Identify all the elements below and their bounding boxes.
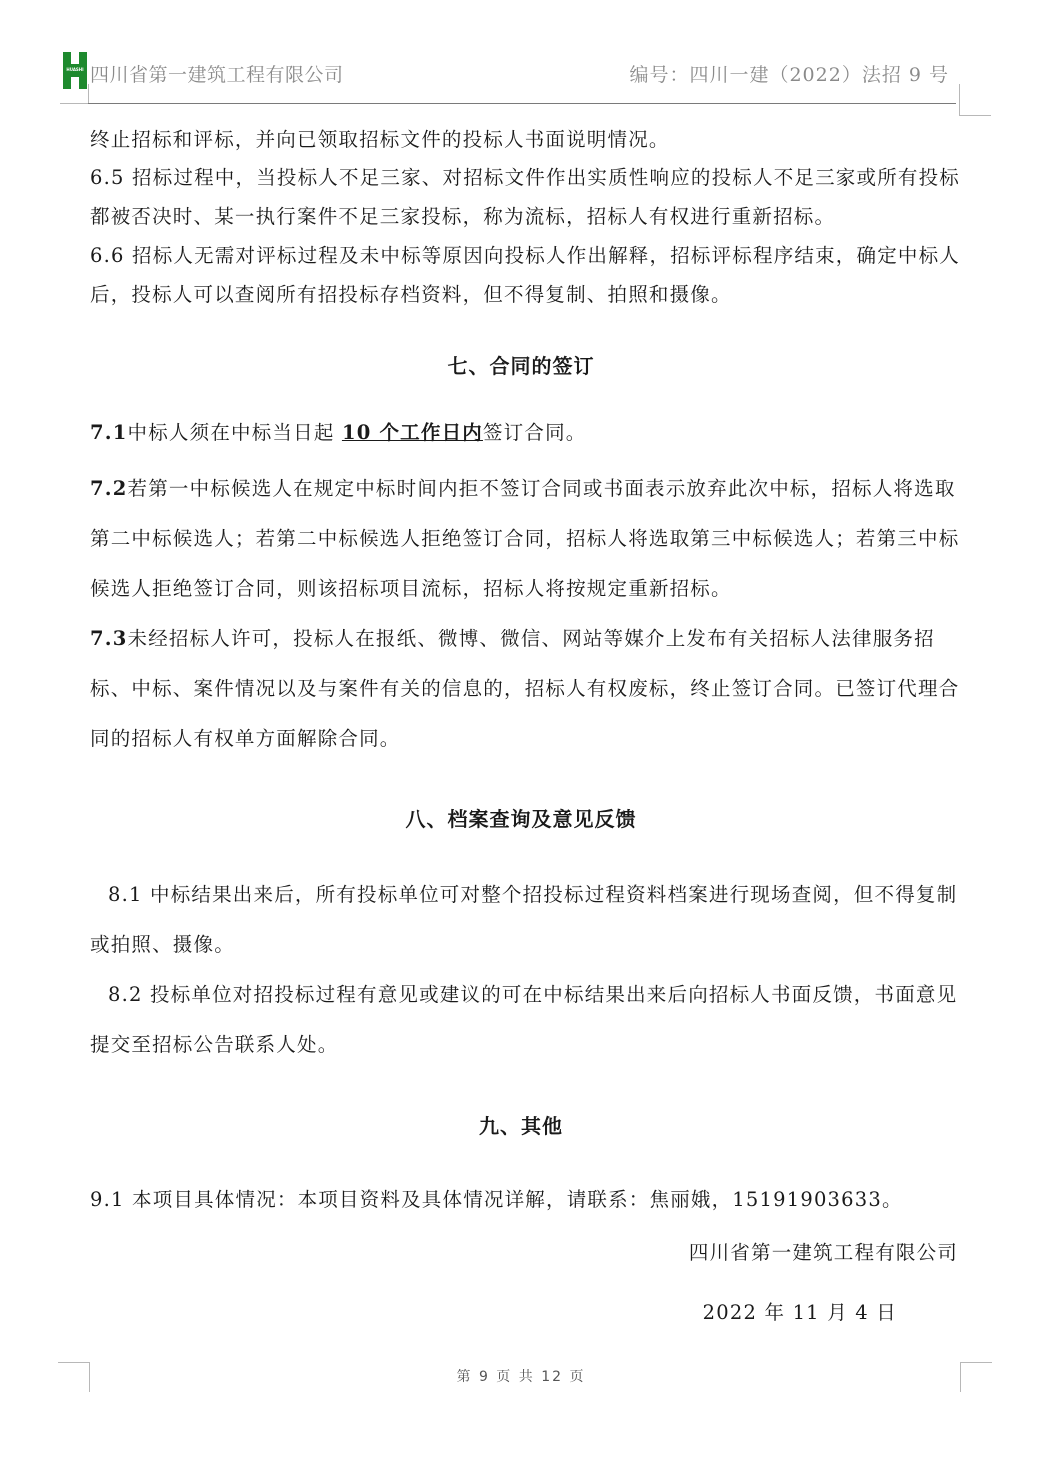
paragraph-7-2: 7.2若第一中标候选人在规定中标时间内拒不签订合同或书面表示放弃此次中标，招标人… xyxy=(90,464,960,614)
signature-company: 四川省第一建筑工程有限公司 xyxy=(689,1237,958,1265)
page-number: 第 9 页 共 12 页 xyxy=(0,1366,1042,1386)
header-doc-number: 编号：四川一建（2022）法招 9 号 xyxy=(629,60,949,87)
corner-mark-top-right xyxy=(959,115,991,116)
header-company-name: 四川省第一建筑工程有限公司 xyxy=(90,60,344,87)
corner-mark-top-left xyxy=(60,103,88,104)
clause-number: 7.2 xyxy=(90,477,128,500)
header-rule xyxy=(88,103,956,104)
paragraph-7-1: 7.1中标人须在中标当日起 10 个工作日内签订合同。 xyxy=(90,414,960,453)
section-9-heading: 九、其他 xyxy=(0,1110,1042,1139)
paragraph-8-2: 8.2 投标单位对招投标过程有意见或建议的可在中标结果出来后向招标人书面反馈，书… xyxy=(90,970,960,1070)
company-logo: HUASHI xyxy=(63,52,87,89)
paragraph-continuation: 终止招标和评标，并向已领取招标文件的投标人书面说明情况。 xyxy=(90,121,960,160)
paragraph-6-5: 6.5 招标过程中，当投标人不足三家、对招标文件作出实质性响应的投标人不足三家或… xyxy=(90,159,960,236)
section-8-heading: 八、档案查询及意见反馈 xyxy=(0,803,1042,832)
clause-number: 7.1 xyxy=(90,421,128,444)
signature-date: 2022 年 11 月 4 日 xyxy=(703,1297,897,1325)
paragraph-9-1: 9.1 本项目具体情况：本项目资料及具体情况详解，请联系：焦丽娥，1519190… xyxy=(90,1181,960,1220)
section-7-heading: 七、合同的签订 xyxy=(0,350,1042,379)
paragraph-8-1: 8.1 中标结果出来后，所有投标单位可对整个招投标过程资料档案进行现场查阅，但不… xyxy=(90,870,960,970)
corner-mark-bottom-right xyxy=(960,1362,992,1363)
corner-mark-top-left-v xyxy=(88,84,89,104)
clause-number: 7.3 xyxy=(90,627,128,650)
paragraph-6-6: 6.6 招标人无需对评标过程及未中标等原因向投标人作出解释，招标评标程序结束，确… xyxy=(90,237,960,314)
corner-mark-top-right-v xyxy=(959,84,960,116)
emphasized-deadline: 10 个工作日内 xyxy=(342,421,483,444)
corner-mark-bottom-left xyxy=(58,1362,89,1363)
paragraph-7-3: 7.3未经招标人许可，投标人在报纸、微博、微信、网站等媒介上发布有关招标人法律服… xyxy=(90,614,960,764)
logo-text: HUASHI xyxy=(63,67,87,72)
